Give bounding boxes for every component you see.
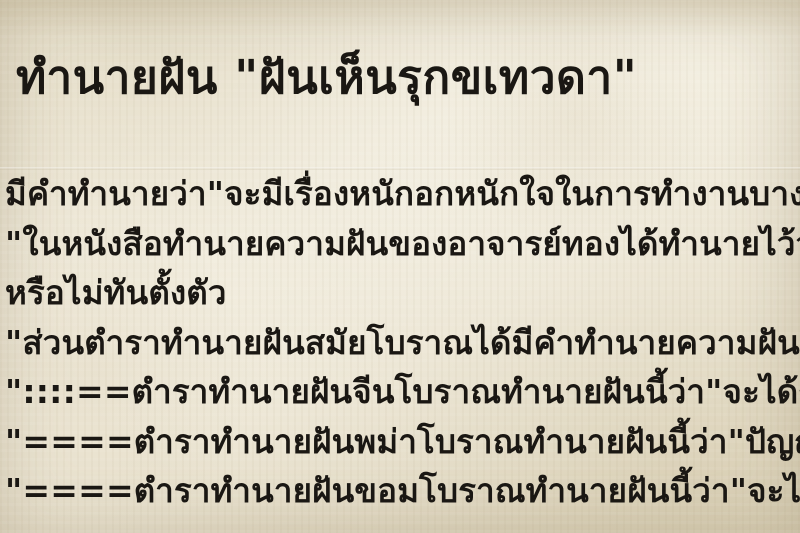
body-line-6: "====ตำราทำนายฝันพม่าโบราณทำนายฝันนี้ว่า… [5, 417, 800, 467]
body-text: มีคำทำนายว่า"จะมีเรื่องหนักอกหนักใจในการ… [5, 169, 800, 533]
body-line-4: "ส่วนตำราทำนายฝันสมัยโบราณได้มีคำทำนายคว… [5, 318, 800, 368]
body-line-1: มีคำทำนายว่า"จะมีเรื่องหนักอกหนักใจในการ… [5, 169, 800, 219]
body-line-7: "====ตำราทำนายฝันขอมโบราณทำนายฝันนี้ว่า"… [5, 466, 800, 516]
body-line-3: หรือไม่ทันตั้งตัว [5, 268, 800, 318]
body-line-2: "ในหนังสือทำนายความฝันของอาจารย์ทองได้ทำ… [5, 219, 800, 269]
body-line-5: "::::==ตำราทำนายฝันจีนโบราณทำนายฝันนี้ว่… [5, 367, 800, 417]
document-page: ทำนายฝัน "ฝันเห็นรุกขเทวดา" มีคำทำนายว่า… [0, 0, 800, 533]
page-title: ทำนายฝัน "ฝันเห็นรุกขเทวดา" [16, 41, 637, 113]
